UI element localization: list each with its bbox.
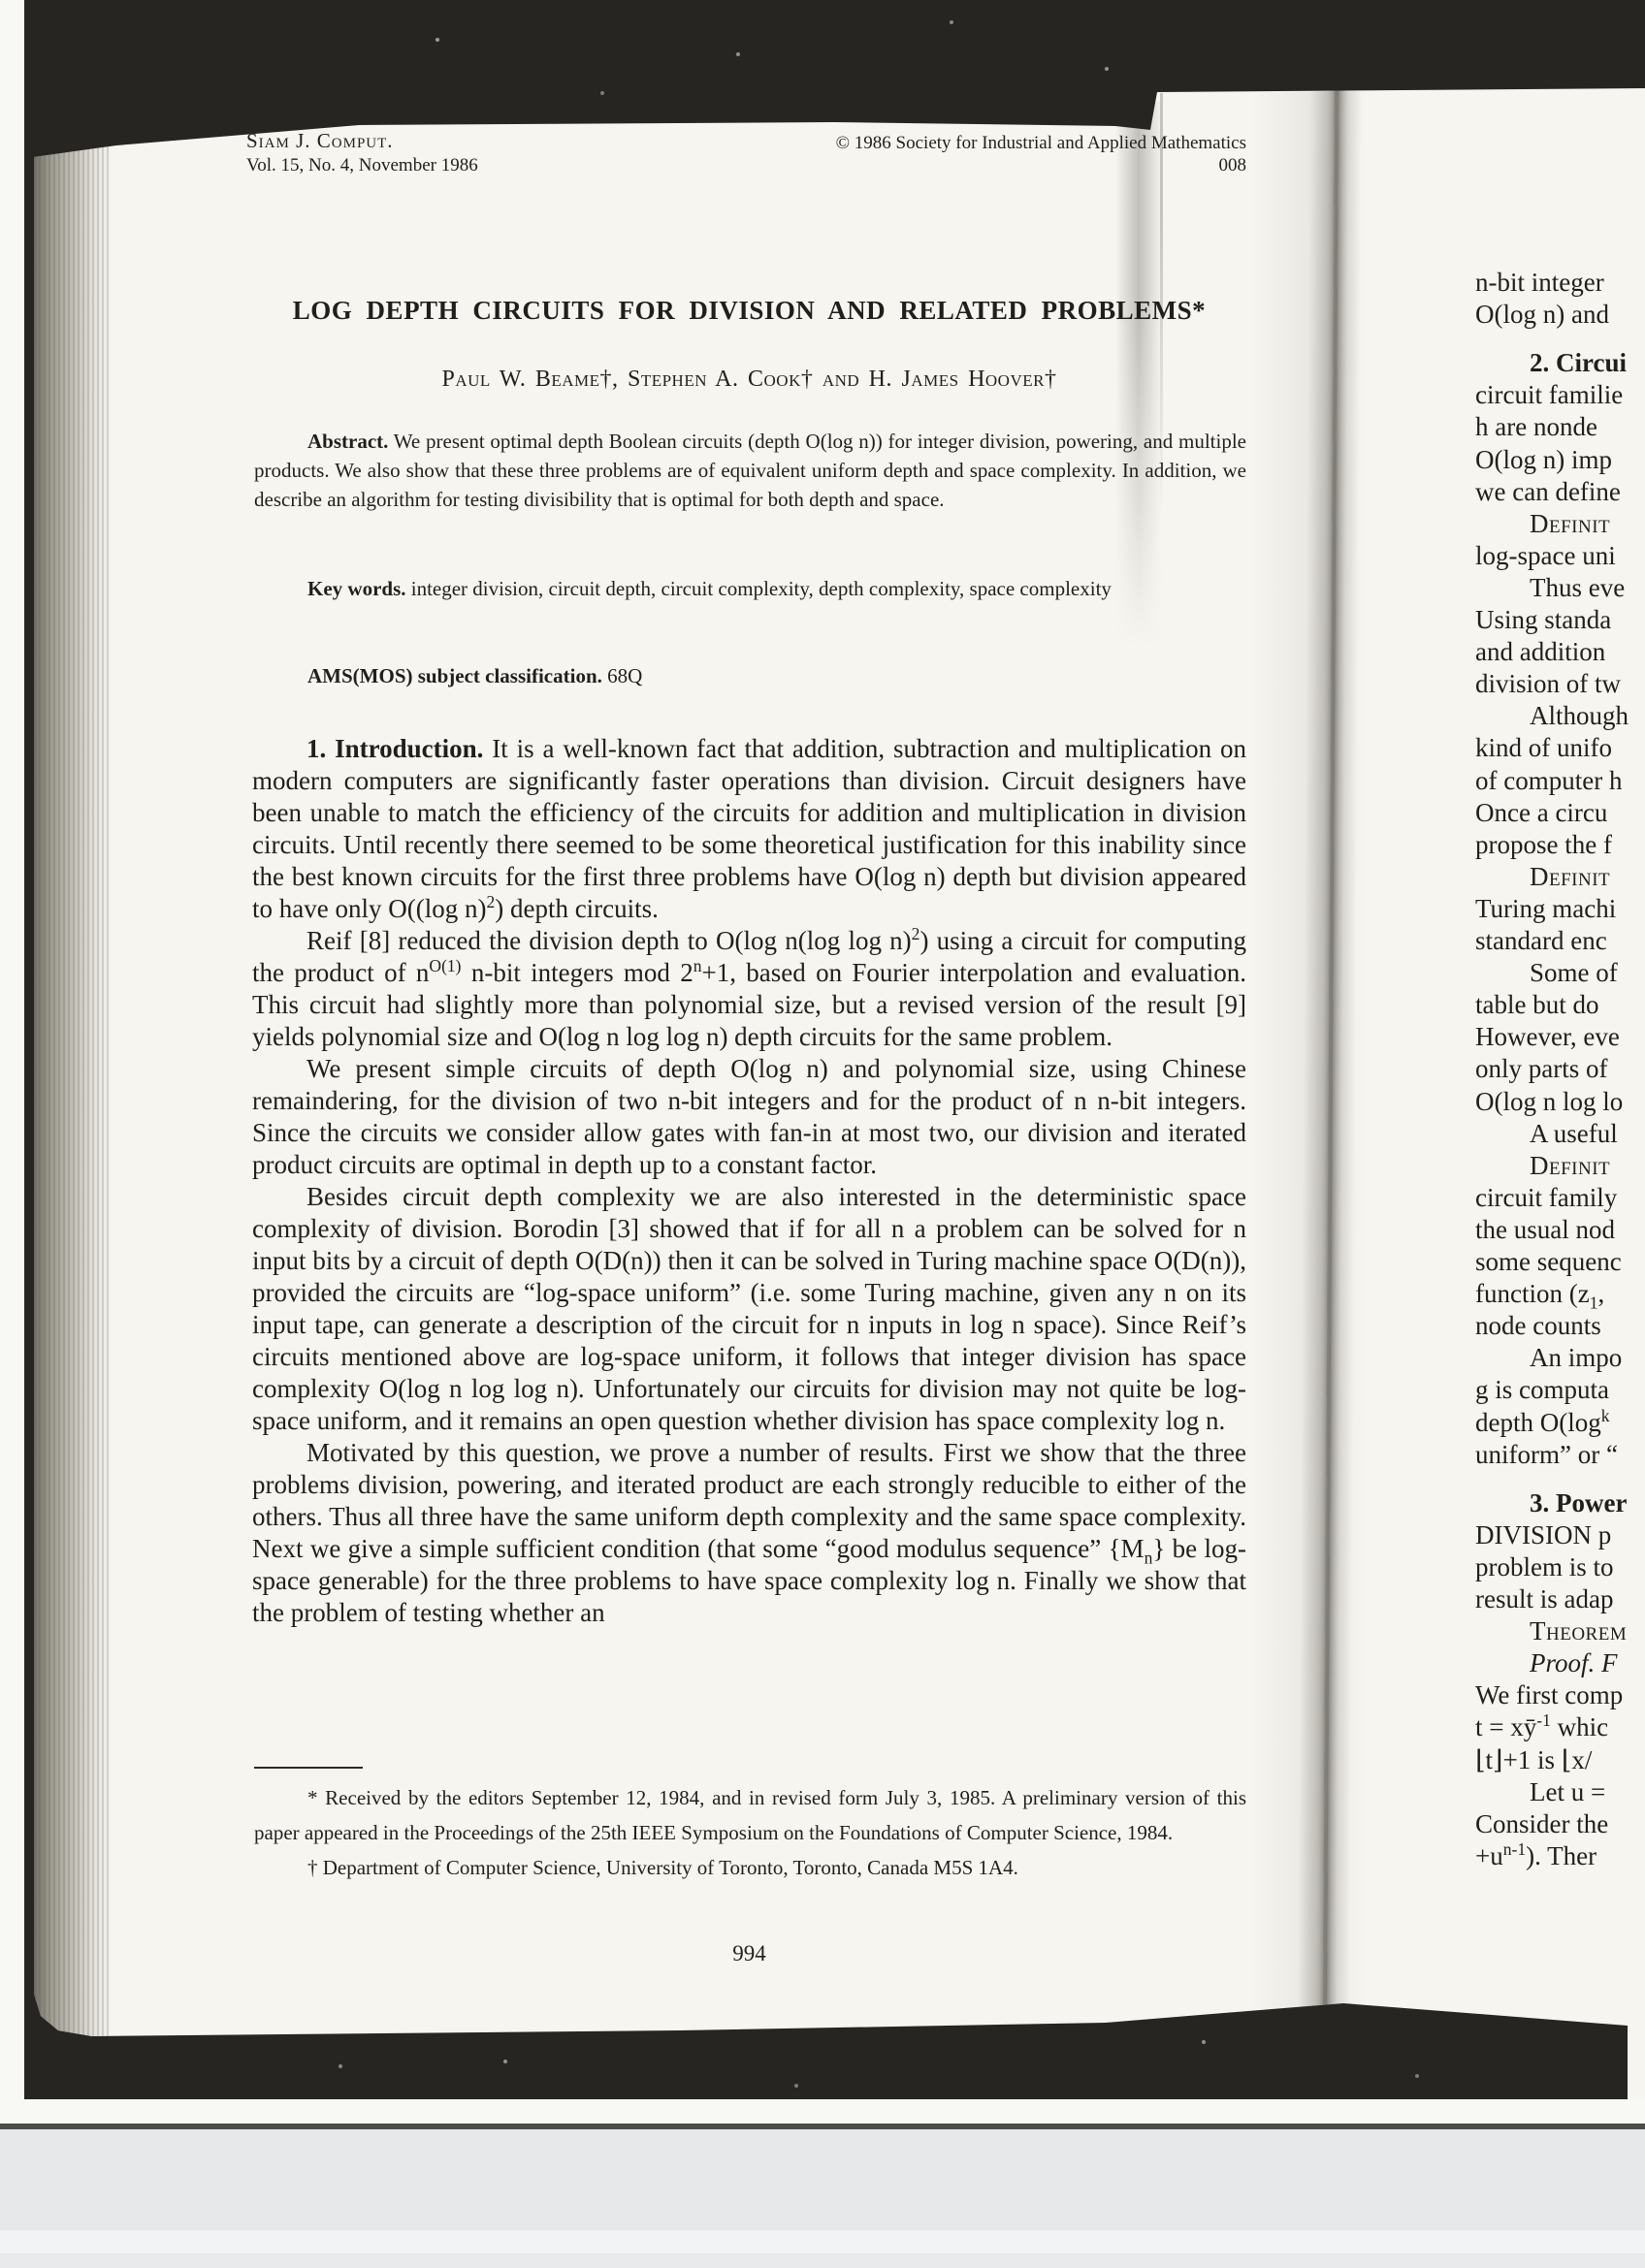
abstract-paragraph: Abstract. We present optimal depth Boole… (254, 427, 1246, 514)
next-page-text-line: result is adap (1475, 1584, 1613, 1613)
next-page-text-line: depth O(logk (1475, 1408, 1610, 1437)
next-page-text-line: Using standa (1475, 605, 1611, 634)
next-page-text-line: table but do (1475, 990, 1598, 1019)
book-fore-edge-pages (34, 136, 112, 2041)
footnote-rule (254, 1767, 363, 1769)
next-page-text-line: +un-1). Ther (1475, 1841, 1597, 1870)
next-page-text-line: Turing machi (1475, 894, 1616, 923)
paper-authors: Paul W. Beame†, Stephen A. Cook† and H. … (252, 367, 1246, 393)
keywords-line: Key words. integer division, circuit dep… (254, 577, 1321, 601)
article-code: 008 (582, 154, 1246, 176)
page-number: 994 (252, 1941, 1246, 1966)
next-page-text-line: Definit (1530, 862, 1610, 891)
copyright-line: © 1986 Society for Industrial and Applie… (582, 132, 1246, 154)
next-page-text-line: 2. Circui (1530, 348, 1627, 377)
body-paragraph: 1. Introduction. It is a well-known fact… (252, 733, 1246, 925)
journal-volume-line: Vol. 15, No. 4, November 1986 (246, 153, 478, 177)
next-page-text-line: standard enc (1475, 926, 1607, 955)
footnote: † Department of Computer Science, Univer… (254, 1850, 1246, 1885)
body-paragraph: We present simple circuits of depth O(lo… (252, 1053, 1246, 1181)
next-page-text-line: Although (1530, 701, 1629, 730)
footnote: * Received by the editors September 12, … (254, 1780, 1246, 1850)
next-page-text-line: circuit familie (1475, 380, 1623, 409)
next-page-text-line: function (z1, (1475, 1279, 1604, 1308)
paper-title: LOG DEPTH CIRCUITS FOR DIVISION AND RELA… (252, 296, 1246, 326)
next-page-text-line: and addition (1475, 637, 1605, 666)
journal-page: Siam J. Comput. Vol. 15, No. 4, November… (0, 0, 1645, 2268)
next-page-text-line: g is computa (1475, 1375, 1609, 1404)
body-paragraph: Reif [8] reduced the division depth to O… (252, 925, 1246, 1053)
next-page-text-line: ⌊t⌋+1 is ⌊x/ (1475, 1745, 1592, 1774)
next-page-text-line: Theorem (1530, 1616, 1627, 1645)
next-page-text-line: of computer h (1475, 766, 1622, 795)
next-page-text-line: Some of (1530, 958, 1618, 987)
abstract-label: Abstract. (307, 430, 388, 453)
abstract-text: We present optimal depth Boolean circuit… (254, 430, 1246, 511)
next-page-text-line: uniform” or “ (1475, 1440, 1618, 1469)
journal-name: Siam J. Comput. (246, 129, 478, 153)
copyright-block: © 1986 Society for Industrial and Applie… (582, 132, 1246, 176)
next-page-text-line: O(log n) and (1475, 300, 1609, 329)
scan-bottom-gray-area (0, 2129, 1645, 2268)
ams-label: AMS(MOS) subject classification. (307, 664, 602, 687)
next-page-text-line: Proof. F (1530, 1648, 1618, 1677)
next-page-text-line: However, eve (1475, 1022, 1620, 1051)
next-page-text-line: n-bit integer (1475, 268, 1604, 297)
next-page-text-line: problem is to (1475, 1552, 1614, 1581)
keywords-text: integer division, circuit depth, circuit… (411, 577, 1112, 600)
next-page-text-line: log-space uni (1475, 541, 1616, 570)
scan-bottom-white-strip (0, 2099, 1645, 2124)
next-page-text-line: Thus eve (1530, 573, 1625, 602)
next-page-text-line: only parts of (1475, 1054, 1607, 1083)
next-page-text-line: kind of unifo (1475, 733, 1612, 762)
body-text-column: 1. Introduction. It is a well-known fact… (252, 733, 1246, 1629)
next-page-text-line: DIVISION p (1475, 1520, 1611, 1549)
next-page-text-line: Once a circu (1475, 798, 1607, 827)
next-page-text-line: Let u = (1530, 1777, 1605, 1806)
next-page-text-line: Definit (1530, 509, 1610, 538)
next-page-text-line: h are nonde (1475, 412, 1597, 441)
body-paragraph: Motivated by this question, we prove a n… (252, 1437, 1246, 1629)
scanned-journal-spread: Siam J. Comput. Vol. 15, No. 4, November… (0, 0, 1645, 2268)
keywords-label: Key words. (307, 577, 406, 600)
next-page-text-line: some sequenc (1475, 1247, 1622, 1276)
next-page-text-line: node counts (1475, 1311, 1601, 1340)
scan-dust-specks (0, 0, 2, 2)
ams-text: 68Q (607, 664, 642, 687)
body-paragraph: Besides circuit depth complexity we are … (252, 1181, 1246, 1437)
next-page-text-line: Consider the (1475, 1809, 1608, 1838)
next-page-text-line: propose the f (1475, 830, 1612, 859)
next-page-text-line: An impo (1530, 1343, 1622, 1372)
next-page-text-line: Definit (1530, 1151, 1610, 1180)
next-page-text-line: O(log n log lo (1475, 1087, 1623, 1116)
next-page-text-line: We first comp (1475, 1680, 1623, 1709)
next-page-text-line: the usual nod (1475, 1215, 1615, 1244)
next-page-text-line: O(log n) imp (1475, 445, 1612, 474)
next-page-text-line: t = xȳ-1 whic (1475, 1712, 1608, 1741)
ams-classification-line: AMS(MOS) subject classification. 68Q (254, 664, 1246, 688)
next-page-text-line: circuit family (1475, 1183, 1617, 1212)
footnotes-block: * Received by the editors September 12, … (254, 1780, 1246, 1885)
next-page-text-line: division of tw (1475, 669, 1621, 698)
next-page-text-line: 3. Power (1530, 1488, 1627, 1517)
next-page-text-line: A useful (1530, 1119, 1618, 1148)
next-page-text-line: we can define (1475, 477, 1621, 506)
journal-header: Siam J. Comput. Vol. 15, No. 4, November… (246, 129, 478, 177)
